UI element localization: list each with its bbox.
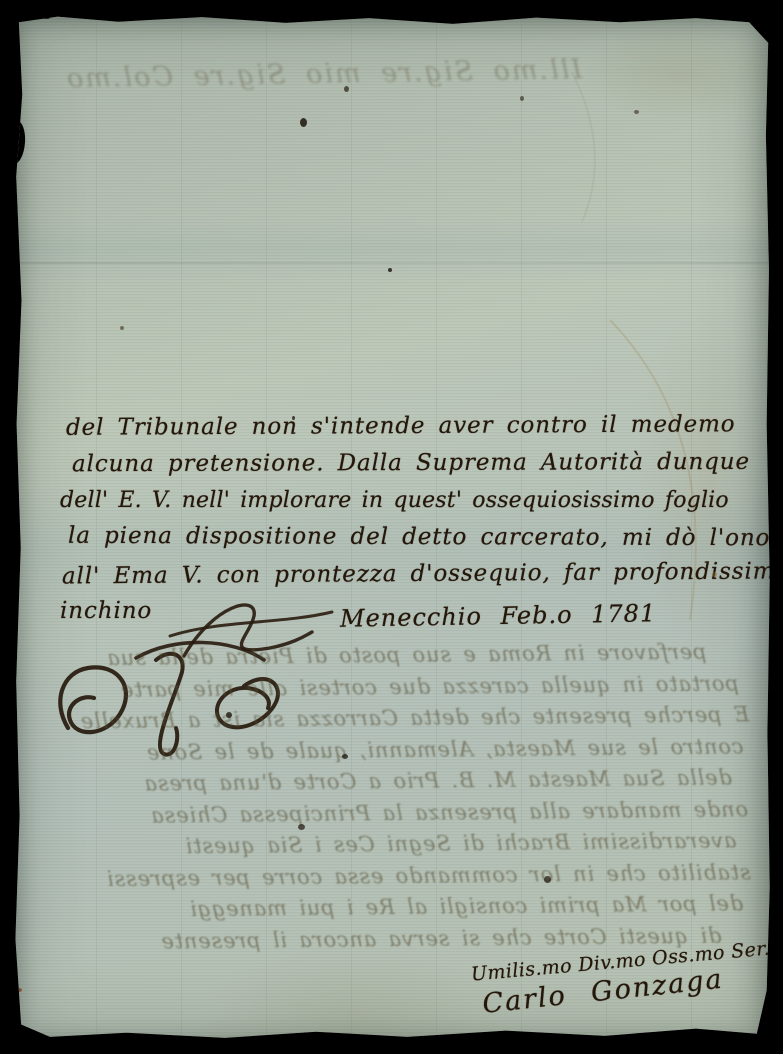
ink-speck [298,824,305,830]
body-line-2: alcuna pretensione. Dalla Suprema Autori… [72,444,772,483]
bleedthrough-text-block: perfavore in Roma e suo posto di Pietra … [36,636,751,958]
ink-speck [342,754,348,759]
ink-speck [120,326,124,330]
ink-speck [520,96,524,101]
rust-speck [16,988,22,992]
body-line-4: la piena dispositione del detto carcerat… [68,518,768,557]
bottom-edge-notch [312,1035,338,1042]
ink-speck [300,118,307,127]
photo-background: Ill.mo Sig.re mio Sig.re Col.mo del Trib… [0,0,783,1054]
left-edge-tear [12,119,27,164]
ink-speck [388,268,392,272]
place-date-line: Menecchio Feb.o 1781 [340,599,657,633]
bottom-edge-notch-2 [558,1037,574,1042]
ink-speck [344,86,349,92]
ink-speck [634,110,639,114]
ink-speck [226,712,232,718]
ink-speck [544,876,551,883]
rust-speck [712,572,717,577]
horizontal-fold-crease [12,262,772,264]
ink-speck [42,14,51,19]
top-bleedthrough-text: Ill.mo Sig.re mio Sig.re Col.mo [142,54,582,93]
body-line-3: dell' E. V. nell' implorare in quest' os… [60,482,760,519]
body-line-1: del Tribunale non s'intende aver contro … [66,406,766,447]
manuscript-page: Ill.mo Sig.re mio Sig.re Col.mo del Trib… [12,12,772,1042]
ink-speck [292,416,295,420]
